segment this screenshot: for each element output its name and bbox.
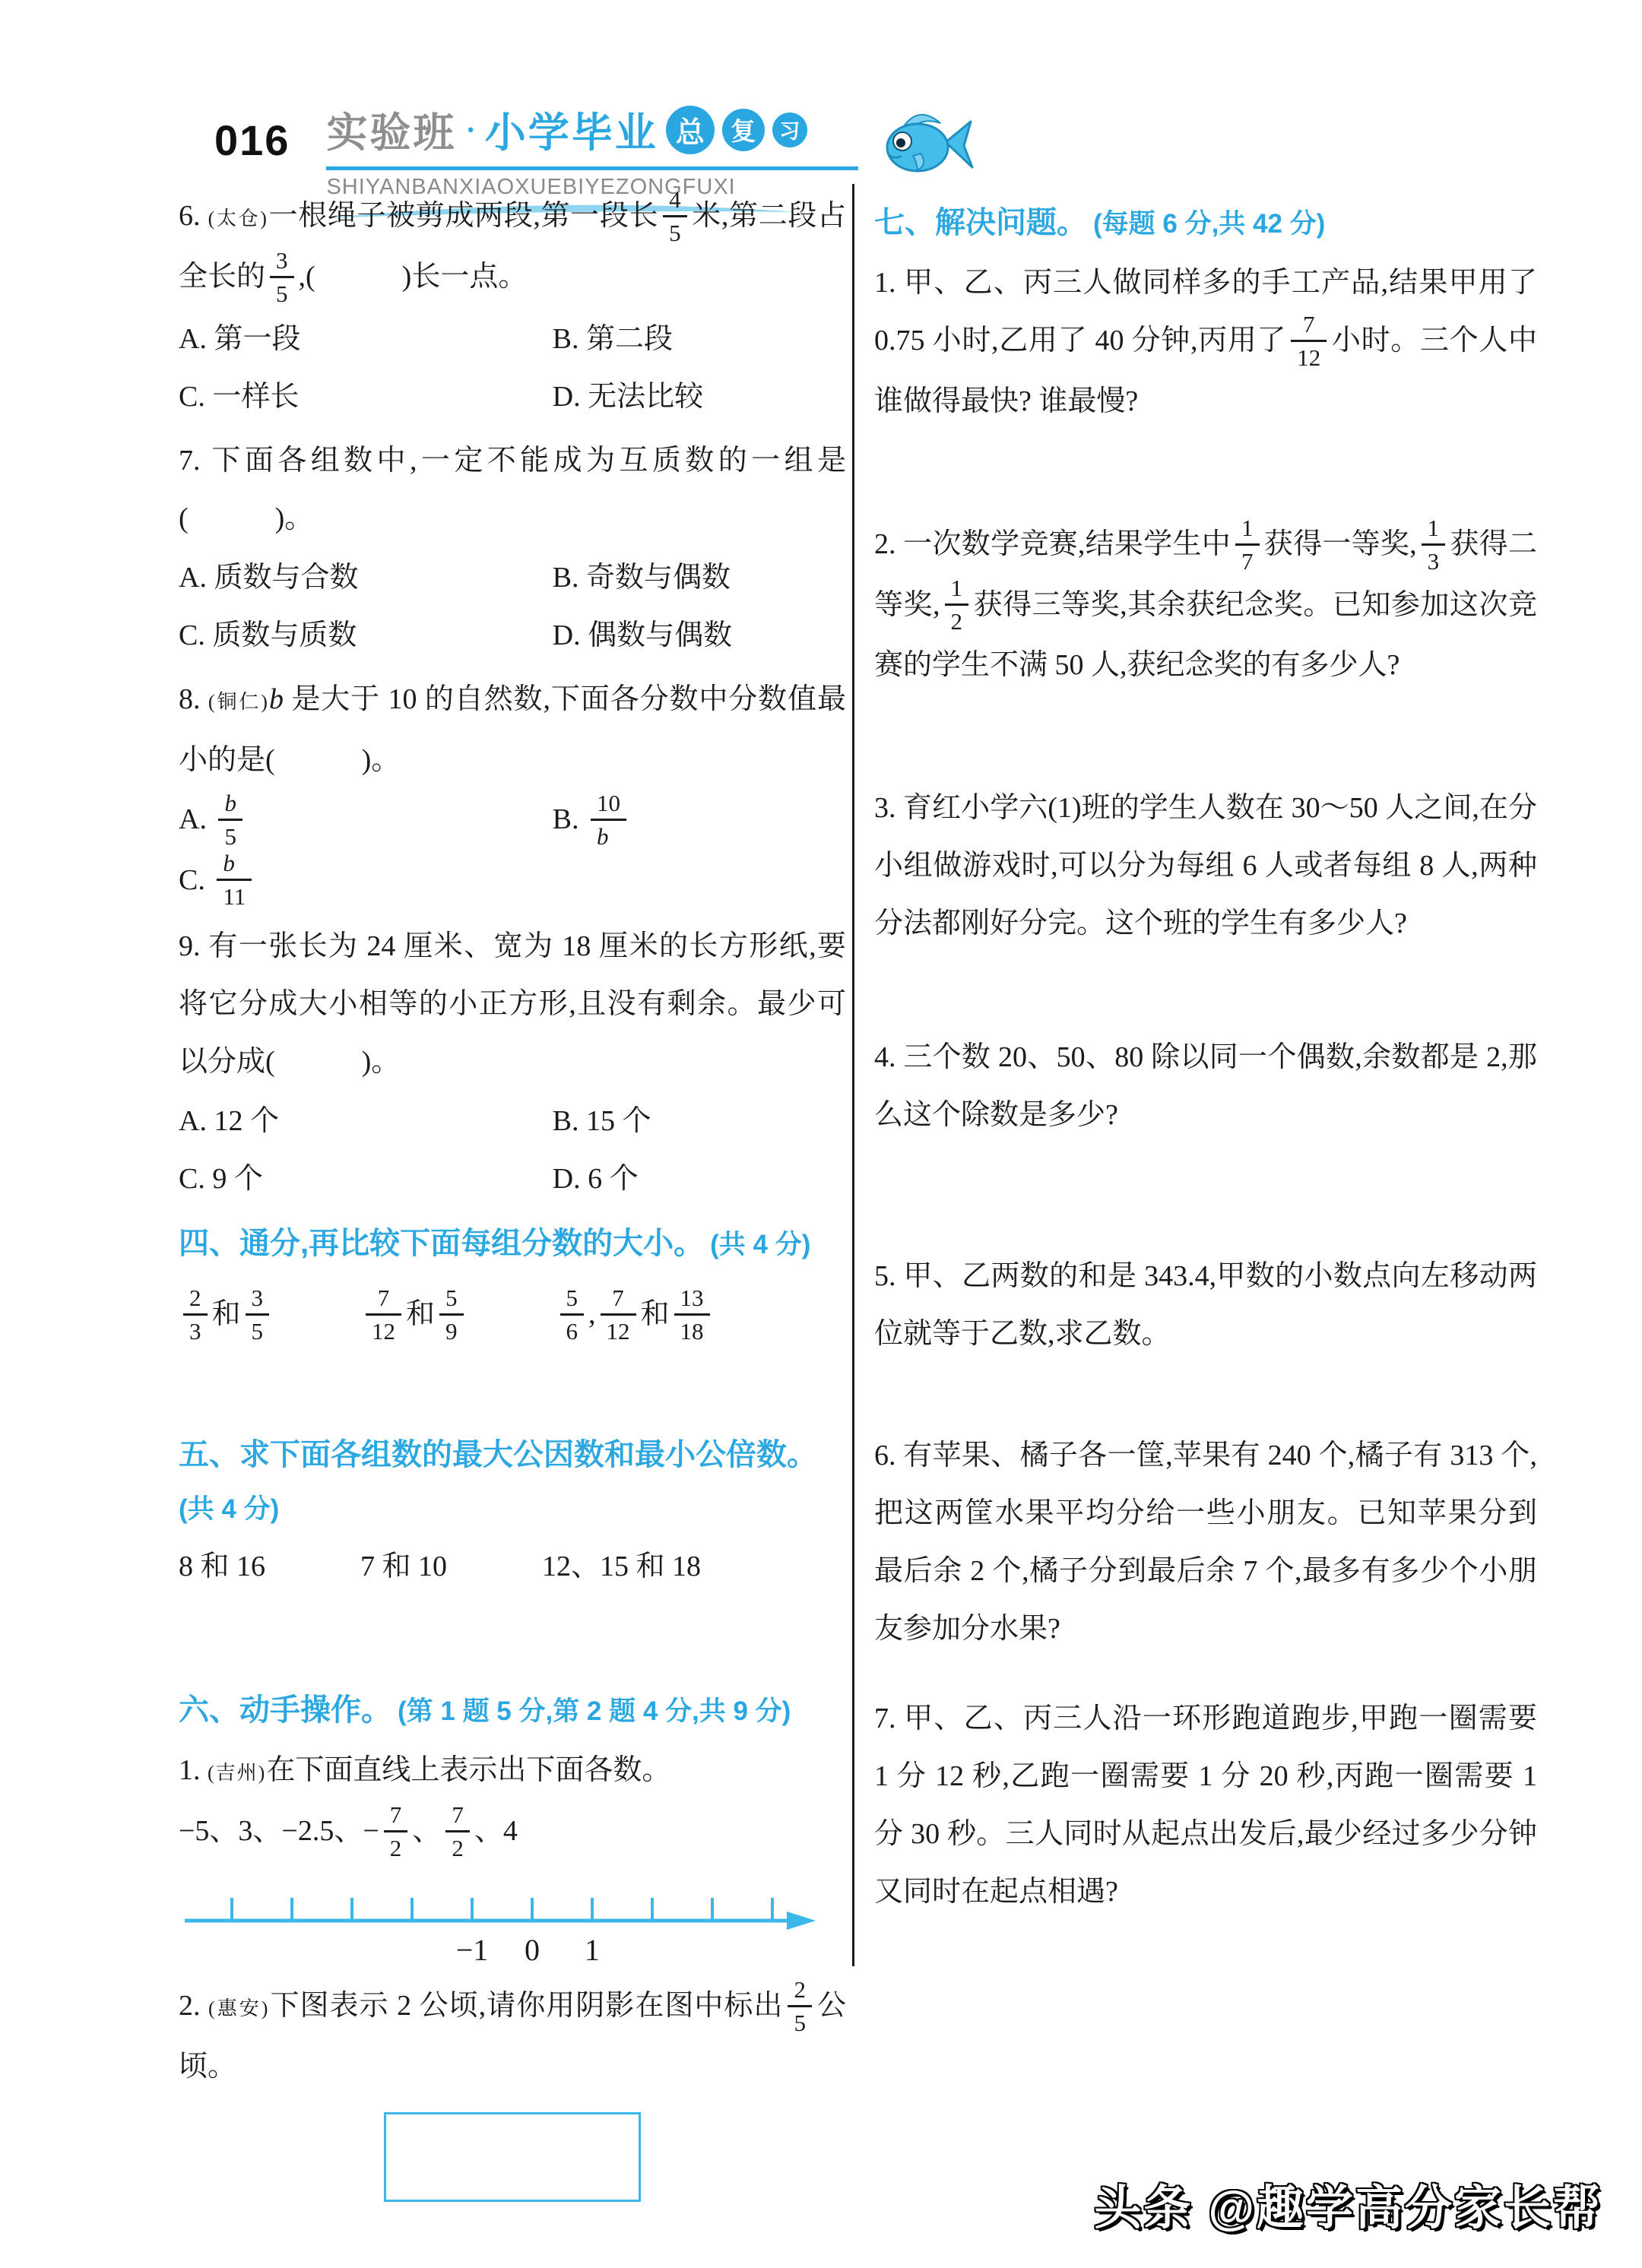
brand-separator-dot: · [465,112,475,147]
section-6-q2-text: 2. (惠安)下图表示 2 公顷,请你用阴影在图中标出25公顷。 [179,1977,846,2095]
fraction: 712 [1291,311,1327,369]
section-6-score: (第 1 题 5 分,第 2 题 4 分,共 9 分) [398,1696,791,1726]
fraction: 13 [1422,515,1446,573]
header-underline [326,166,858,170]
section-5-heading: 五、求下面各组数的最大公因数和最小公倍数。 [179,1425,846,1484]
question-7-options: A. 质数与合数 B. 奇数与偶数 C. 质数与质数 D. 偶数与偶数 [179,549,846,664]
problem-2: 2. 一次数学竞赛,结果学生中17获得一等奖,13获得二等奖,12获得三等奖,其… [874,515,1537,695]
left-column: 6. (太仓)一根绳子被剪成两段,第一段长45米,第二段占全长的35,( )长一… [179,187,846,2202]
option-b: B. 奇数与偶数 [553,549,846,607]
number-line: −1 0 1 [179,1875,832,1972]
option-b: B. 15 个 [553,1092,846,1150]
section-4-title: 四、通分,再比较下面每组分数的大小。 [179,1227,704,1260]
fraction: 35 [270,247,294,306]
section-7-title: 七、解决问题。 [874,206,1087,239]
fraction: 712 [601,1284,636,1343]
section-4-heading: 四、通分,再比较下面每组分数的大小。(共 4 分) [179,1214,846,1275]
question-6-options: A. 第一段 B. 第二段 C. 一样长 D. 无法比较 [179,310,846,426]
page-number: 016 [214,116,290,165]
number-group-2: 7 和 10 [360,1538,447,1595]
option-c: C. 质数与质数 [179,607,553,664]
option-c: C. b11 [179,851,553,912]
section-5-items: 8 和 16 7 和 10 12、15 和 18 [179,1538,846,1595]
fraction: 72 [384,1801,408,1860]
section-7-score: (每题 6 分,共 42 分) [1093,209,1325,239]
section-4: 四、通分,再比较下面每组分数的大小。(共 4 分) 23和35 712和59 5… [179,1214,846,1346]
option-b: B. 第二段 [553,310,846,368]
section-5-title: 五、求下面各组数的最大公因数和最小公倍数。 [179,1438,817,1471]
section-6-title: 六、动手操作。 [179,1693,391,1727]
brand-title: 小学毕业 [485,100,658,159]
section-5-score: (共 4 分) [179,1484,846,1535]
option-c: C. 9 个 [179,1150,553,1208]
option-a: A. 质数与合数 [179,549,553,607]
problem-3: 3. 育红小学六(1)班的学生人数在 30～50 人之间,在分小组做游戏时,可以… [874,779,1537,952]
option-a: A. 12 个 [179,1092,553,1150]
fraction: 17 [1235,515,1260,573]
problem-1: 1. 甲、乙、丙三人做同样多的手工产品,结果甲用了 0.75 小时,乙用了 40… [874,254,1537,430]
fraction: b11 [217,850,252,908]
number-group-3: 12、15 和 18 [542,1538,701,1595]
option-c: C. 一样长 [179,368,553,426]
source-region-label: (惠安) [208,1997,269,2019]
fraction: b5 [218,790,242,848]
section-6-q1-text: 1. (吉州)在下面直线上表示出下面各数。 [179,1741,846,1802]
question-8: 8. (铜仁)b 是大于 10 的自然数,下面各分数中分数值最小的是( )。 A… [179,670,846,912]
fraction: 25 [788,1976,812,2035]
fraction: 35 [246,1284,270,1343]
fraction: 712 [366,1284,401,1343]
shading-rectangle [384,2112,641,2202]
fraction-group-2: 712和59 [361,1285,468,1346]
source-region-label: (铜仁) [208,691,269,713]
brand-series: 实验班 [326,100,456,159]
badge-circle-zong: 总 [666,106,715,154]
question-8-options: A. b5 B. 10b C. b11 [179,790,846,912]
problem-7: 7. 甲、乙、丙三人沿一环形跑道跑步,甲跑一圈需要 1 分 12 秒,乙跑一圈需… [874,1690,1537,1921]
problem-4: 4. 三个数 20、50、80 除以同一个偶数,余数都是 2,那么这个除数是多少… [874,1028,1537,1144]
fish-mascot-icon [873,100,974,185]
fraction: 1318 [674,1284,710,1343]
option-a: A. 第一段 [179,310,553,368]
option-b: B. 10b [553,790,846,851]
source-region-label: (吉州) [208,1762,266,1784]
fraction: 56 [560,1284,585,1343]
problem-6: 6. 有苹果、橘子各一筐,苹果有 240 个,橘子有 313 个,把这两筐水果平… [874,1427,1537,1658]
right-column: 七、解决问题。(每题 6 分,共 42 分) 1. 甲、乙、丙三人做同样多的手工… [874,187,1537,1921]
option-a: A. b5 [179,790,553,851]
question-6-text: 6. (太仓)一根绳子被剪成两段,第一段长45米,第二段占全长的35,( )长一… [179,187,846,309]
variable: b [269,683,284,715]
section-4-fraction-groups: 23和35 712和59 56,712和1318 [179,1285,846,1346]
brand-row: 实验班 · 小学毕业 总 复 习 [326,100,858,159]
section-5: 五、求下面各组数的最大公因数和最小公倍数。 (共 4 分) 8 和 16 7 和… [179,1425,846,1595]
option-d: D. 偶数与偶数 [553,607,846,664]
badge-circle-fu: 复 [722,109,765,151]
section-6: 六、动手操作。(第 1 题 5 分,第 2 题 4 分,共 9 分) 1. (吉… [179,1680,846,2202]
option-d: D. 6 个 [553,1150,846,1208]
source-region-label: (太仓) [208,207,268,230]
question-7-text: 7. 下面各组数中,一定不能成为互质数的一组是( )。 [179,432,846,547]
question-6: 6. (太仓)一根绳子被剪成两段,第一段长45米,第二段占全长的35,( )长一… [179,187,846,426]
fraction: 72 [445,1801,470,1860]
question-9-options: A. 12 个 B. 15 个 C. 9 个 D. 6 个 [179,1092,846,1208]
section-7-heading: 七、解决问题。(每题 6 分,共 42 分) [874,193,1537,254]
problem-5: 5. 甲、乙两数的和是 343.4,甲数的小数点向左移动两位就等于乙数,求乙数。 [874,1247,1537,1363]
number-line-arrowhead [787,1912,816,1930]
fraction: 12 [945,575,969,633]
number-group-1: 8 和 16 [179,1538,265,1595]
badge-circle-xi: 习 [772,112,807,147]
fraction: 45 [663,186,687,245]
watermark-credit: 头条 @趣学高分家长帮 [1094,2170,1602,2238]
number-line-label-minus1: −1 [456,1933,489,1967]
fraction-group-1: 23和35 [179,1285,274,1346]
number-line-ticks [232,1898,772,1921]
fraction: 10b [591,790,626,848]
question-8-text: 8. (铜仁)b 是大于 10 的自然数,下面各分数中分数值最小的是( )。 [179,670,846,789]
column-divider [852,184,854,1966]
number-line-label-0: 0 [525,1933,540,1967]
question-9: 9. 有一张长为 24 厘米、宽为 18 厘米的长方形纸,要将它分成大小相等的小… [179,917,846,1208]
number-line-label-1: 1 [585,1933,600,1967]
section-6-q1-numbers: −5、3、−2.5、−72、72、4 [179,1802,846,1863]
section-6-heading: 六、动手操作。(第 1 题 5 分,第 2 题 4 分,共 9 分) [179,1680,846,1741]
section-4-score: (共 4 分) [710,1230,810,1259]
fraction: 23 [183,1284,208,1343]
question-7: 7. 下面各组数中,一定不能成为互质数的一组是( )。 A. 质数与合数 B. … [179,432,846,664]
question-9-text: 9. 有一张长为 24 厘米、宽为 18 厘米的长方形纸,要将它分成大小相等的小… [179,917,846,1091]
option-d: D. 无法比较 [553,368,846,426]
fraction: 59 [439,1284,464,1343]
fraction-group-3: 56,712和1318 [556,1285,715,1346]
